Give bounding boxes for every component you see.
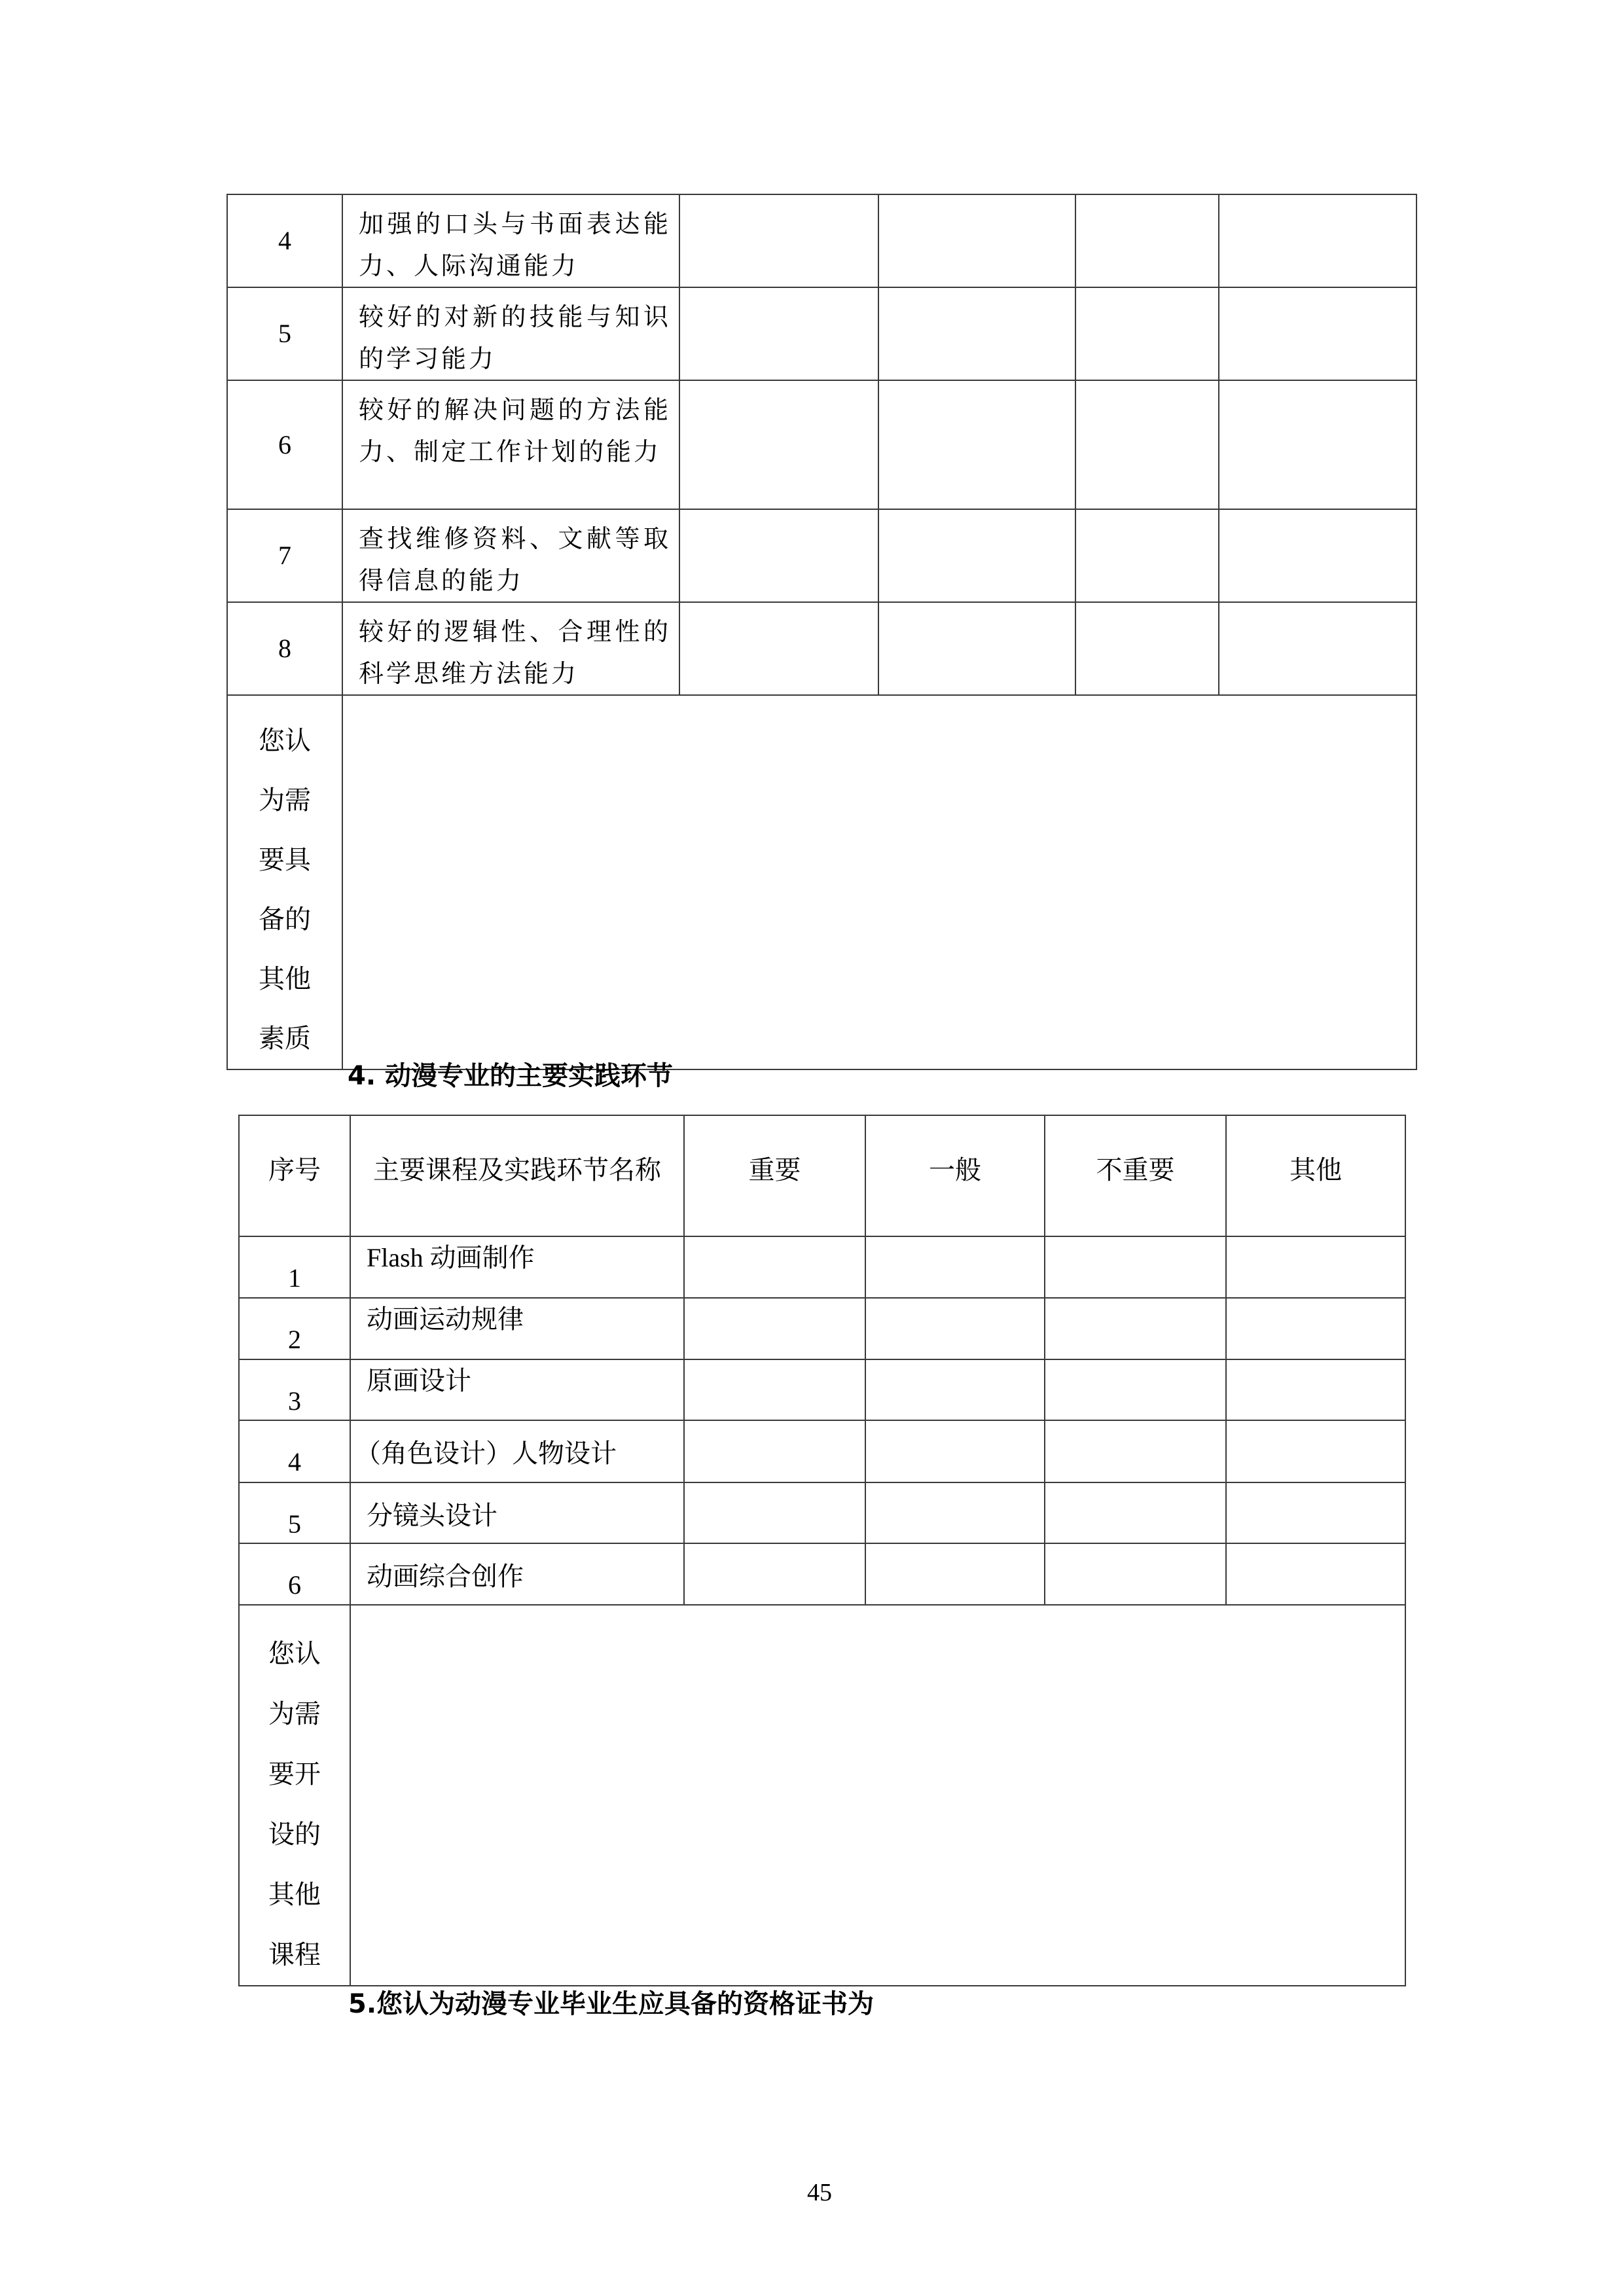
label-line: 您认 <box>240 1624 350 1684</box>
table-row-other-courses: 您认 为需 要开 设的 其他 课程 <box>239 1605 1405 1986</box>
other-courses-answer-area[interactable] <box>350 1605 1405 1986</box>
rating-cell-other[interactable] <box>1226 1482 1405 1543</box>
row-number: 2 <box>239 1298 350 1359</box>
rating-cell-other[interactable] <box>1226 1359 1405 1420</box>
rating-cell[interactable] <box>1075 287 1219 380</box>
course-name: 分镜头设计 <box>350 1482 684 1543</box>
rating-cell-general[interactable] <box>865 1298 1045 1359</box>
label-line: 课程 <box>240 1925 350 1985</box>
rating-cell[interactable] <box>878 287 1075 380</box>
rating-cell-important[interactable] <box>684 1298 865 1359</box>
rating-cell-other[interactable] <box>1226 1236 1405 1298</box>
label-line: 为需 <box>228 771 342 831</box>
competency-table-continued: 4 加强的口头与书面表达能力、人际沟通能力 5 较好的对新的技能与知识的学习能力… <box>226 194 1417 1070</box>
rating-cell-important[interactable] <box>684 1543 865 1605</box>
rating-cell[interactable] <box>679 380 878 509</box>
rating-cell-unimportant[interactable] <box>1045 1420 1226 1482</box>
table-row: 7 查找维修资料、文献等取得信息的能力 <box>227 509 1416 602</box>
competency-description: 较好的对新的技能与知识的学习能力 <box>342 287 679 380</box>
rating-cell[interactable] <box>878 194 1075 287</box>
rating-cell[interactable] <box>679 194 878 287</box>
header-general: 一般 <box>865 1115 1045 1236</box>
practice-course-table: 序号 主要课程及实践环节名称 重要 一般 不重要 其他 1 Flash 动画制作… <box>238 1115 1406 1986</box>
rating-cell-other[interactable] <box>1226 1298 1405 1359</box>
rating-cell-other[interactable] <box>1226 1420 1405 1482</box>
course-name-text: Flash 动画制作 <box>367 1243 535 1272</box>
rating-cell-unimportant[interactable] <box>1045 1359 1226 1420</box>
table-row: 2 动画运动规律 <box>239 1298 1405 1359</box>
rating-cell-general[interactable] <box>865 1543 1045 1605</box>
row-number: 4 <box>227 194 342 287</box>
table-row: 3 原画设计 <box>239 1359 1405 1420</box>
table-row: 8 较好的逻辑性、合理性的科学思维方法能力 <box>227 602 1416 695</box>
rating-cell-other[interactable] <box>1226 1543 1405 1605</box>
row-number: 5 <box>227 287 342 380</box>
rating-cell[interactable] <box>1219 380 1416 509</box>
competency-description: 查找维修资料、文献等取得信息的能力 <box>342 509 679 602</box>
header-unimportant: 不重要 <box>1045 1115 1226 1236</box>
course-name: 原画设计 <box>350 1359 684 1420</box>
row-number: 1 <box>239 1236 350 1298</box>
label-line: 其他 <box>240 1865 350 1925</box>
label-line: 要具 <box>228 831 342 890</box>
rating-cell[interactable] <box>679 287 878 380</box>
table-row: 4 （角色设计）人物设计 <box>239 1420 1405 1482</box>
rating-cell[interactable] <box>1219 194 1416 287</box>
table-row: 1 Flash 动画制作 <box>239 1236 1405 1298</box>
course-name: 动画综合创作 <box>350 1543 684 1605</box>
course-name: Flash 动画制作 <box>350 1236 684 1298</box>
table-header-row: 序号 主要课程及实践环节名称 重要 一般 不重要 其他 <box>239 1115 1405 1236</box>
table-row: 6 动画综合创作 <box>239 1543 1405 1605</box>
competency-description: 较好的逻辑性、合理性的科学思维方法能力 <box>342 602 679 695</box>
label-line: 为需 <box>240 1684 350 1744</box>
header-other: 其他 <box>1226 1115 1405 1236</box>
table-row: 5 较好的对新的技能与知识的学习能力 <box>227 287 1416 380</box>
rating-cell[interactable] <box>878 380 1075 509</box>
row-number: 6 <box>239 1543 350 1605</box>
table-row-other-qualities: 您认 为需 要具 备的 其他 素质 <box>227 695 1416 1069</box>
other-qualities-answer-area[interactable] <box>342 695 1416 1069</box>
rating-cell-general[interactable] <box>865 1236 1045 1298</box>
rating-cell[interactable] <box>1219 602 1416 695</box>
rating-cell-important[interactable] <box>684 1482 865 1543</box>
header-course-name: 主要课程及实践环节名称 <box>350 1115 684 1236</box>
row-number: 7 <box>227 509 342 602</box>
rating-cell-general[interactable] <box>865 1359 1045 1420</box>
table-row: 5 分镜头设计 <box>239 1482 1405 1543</box>
course-name: 动画运动规律 <box>350 1298 684 1359</box>
rating-cell-important[interactable] <box>684 1420 865 1482</box>
header-no: 序号 <box>239 1115 350 1236</box>
table-row: 6 较好的解决问题的方法能力、制定工作计划的能力 <box>227 380 1416 509</box>
course-name: （角色设计）人物设计 <box>350 1420 684 1482</box>
label-line: 素质 <box>228 1009 342 1069</box>
rating-cell[interactable] <box>1075 194 1219 287</box>
rating-cell-general[interactable] <box>865 1482 1045 1543</box>
rating-cell-unimportant[interactable] <box>1045 1236 1226 1298</box>
label-line: 您认 <box>228 711 342 771</box>
other-qualities-label: 您认 为需 要具 备的 其他 素质 <box>227 695 342 1069</box>
rating-cell[interactable] <box>679 509 878 602</box>
rating-cell-important[interactable] <box>684 1359 865 1420</box>
competency-description: 加强的口头与书面表达能力、人际沟通能力 <box>342 194 679 287</box>
rating-cell-unimportant[interactable] <box>1045 1482 1226 1543</box>
label-line: 其他 <box>228 950 342 1009</box>
row-number: 3 <box>239 1359 350 1420</box>
header-important: 重要 <box>684 1115 865 1236</box>
other-courses-label: 您认 为需 要开 设的 其他 课程 <box>239 1605 350 1986</box>
rating-cell-general[interactable] <box>865 1420 1045 1482</box>
section-4-heading: 4. 动漫专业的主要实践环节 <box>348 1060 673 1092</box>
rating-cell[interactable] <box>1075 509 1219 602</box>
rating-cell-unimportant[interactable] <box>1045 1298 1226 1359</box>
rating-cell[interactable] <box>679 602 878 695</box>
rating-cell[interactable] <box>1075 602 1219 695</box>
row-number: 6 <box>227 380 342 509</box>
page-number: 45 <box>807 2178 832 2207</box>
rating-cell-unimportant[interactable] <box>1045 1543 1226 1605</box>
rating-cell[interactable] <box>1219 287 1416 380</box>
rating-cell[interactable] <box>878 602 1075 695</box>
row-number: 8 <box>227 602 342 695</box>
table-row: 4 加强的口头与书面表达能力、人际沟通能力 <box>227 194 1416 287</box>
rating-cell-important[interactable] <box>684 1236 865 1298</box>
competency-description: 较好的解决问题的方法能力、制定工作计划的能力 <box>342 380 679 509</box>
label-line: 设的 <box>240 1804 350 1865</box>
label-line: 要开 <box>240 1744 350 1804</box>
row-number: 4 <box>239 1420 350 1482</box>
row-number: 5 <box>239 1482 350 1543</box>
rating-cell[interactable] <box>1219 509 1416 602</box>
label-line: 备的 <box>228 890 342 950</box>
rating-cell[interactable] <box>878 509 1075 602</box>
section-5-question: 5.您认为动漫专业毕业生应具备的资格证书为 <box>348 1988 874 2020</box>
rating-cell[interactable] <box>1075 380 1219 509</box>
